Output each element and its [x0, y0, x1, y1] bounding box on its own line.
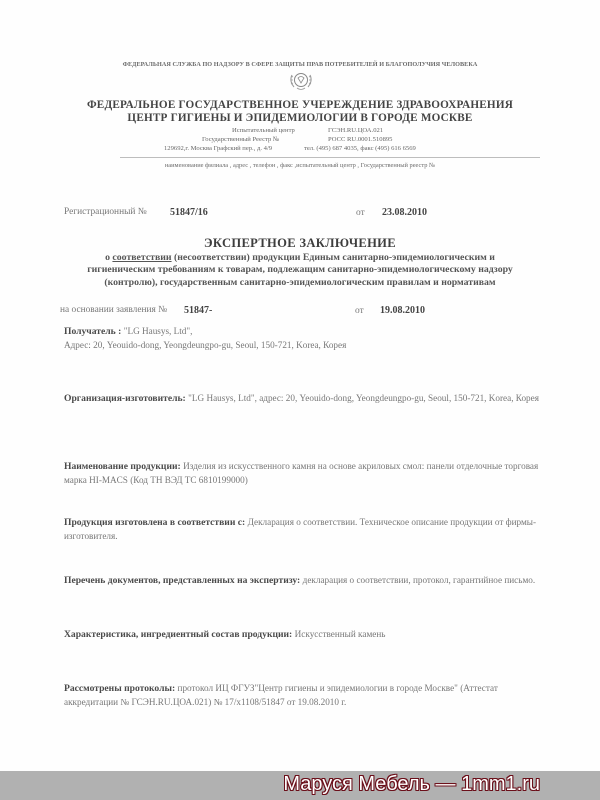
subtitle-underlined: соответствии	[112, 252, 171, 263]
product-name-label: Наименование продукции:	[64, 461, 183, 472]
institution-contacts: тел. (495) 687 4035, факс (495) 616 6569	[304, 145, 416, 152]
agency-header: ФЕДЕРАЛЬНАЯ СЛУЖБА ПО НАДЗОРУ В СФЕРЕ ЗА…	[0, 61, 600, 68]
registration-label: Регистрационный №	[64, 207, 147, 217]
document-subtitle: о соответствии (несоответствии) продукци…	[70, 252, 530, 289]
institution-name-line1: ФЕДЕРАЛЬНОЕ ГОСУДАРСТВЕННОЕ УЧЕРЕЖДЕНИЕ …	[0, 99, 600, 111]
application-date-label: от	[355, 306, 364, 316]
section-manufacturer: Организация-изготовитель: "LG Hausys, Lt…	[64, 392, 544, 406]
section-recipient: Получатель : "LG Hausys, Ltd", Адрес: 20…	[64, 325, 544, 351]
watermark-text: Маруся Мебель — 1mm1.ru	[283, 773, 540, 796]
registration-date: 23.08.2010	[382, 207, 427, 218]
document-page: ФЕДЕРАЛЬНАЯ СЛУЖБА ПО НАДЗОРУ В СФЕРЕ ЗА…	[0, 0, 600, 771]
documents-label: Перечень документов, представленных на э…	[64, 575, 303, 586]
recipient-label: Получатель :	[64, 326, 124, 337]
protocols-label: Рассмотрены протоколы:	[64, 683, 178, 694]
section-documents: Перечень документов, представленных на э…	[64, 574, 544, 588]
watermark-banner: Маруся Мебель — 1mm1.ru	[0, 771, 600, 800]
testing-center-value: ГСЭН.RU.ЦОА.021	[328, 127, 383, 134]
section-composition: Характеристика, ингредиентный состав про…	[64, 628, 544, 642]
section-compliance: Продукция изготовлена в соответствии с: …	[64, 516, 544, 542]
coat-of-arms-emblem-icon	[288, 69, 314, 93]
recipient-value: "LG Hausys, Ltd",	[124, 326, 193, 336]
header-divider	[120, 157, 540, 158]
state-register-value: РОСС RU.0001.510895	[328, 136, 392, 143]
composition-label: Характеристика, ингредиентный состав про…	[64, 629, 295, 640]
registration-number: 51847/16	[170, 207, 208, 218]
composition-value: Искусственный камень	[295, 629, 386, 639]
application-date: 19.08.2010	[380, 305, 425, 316]
recipient-address: Адрес: 20, Yeouido-dong, Yeongdeungpo-gu…	[64, 340, 346, 350]
application-label: на основании заявления №	[60, 305, 167, 315]
manufacturer-value: "LG Hausys, Ltd", адрес: 20, Yeouido-don…	[188, 393, 539, 403]
manufacturer-label: Организация-изготовитель:	[64, 393, 188, 404]
divider-caption: наименование филиала , адрес , телефон ,…	[0, 162, 600, 169]
institution-name-line2: ЦЕНТР ГИГИЕНЫ И ЭПИДЕМИОЛОГИИ В ГОРОДЕ М…	[0, 112, 600, 124]
section-product-name: Наименование продукции: Изделия из искус…	[64, 460, 544, 486]
section-protocols: Рассмотрены протоколы: протокол ИЦ ФГУЗ"…	[64, 682, 544, 708]
state-register-label: Государственный Реестр №	[202, 136, 279, 143]
registration-date-label: от	[356, 208, 365, 218]
institution-address: 129692,г. Москва Графский пер., д. 4/9	[164, 145, 272, 152]
testing-center-label: Испытательный центр	[232, 127, 295, 134]
compliance-label: Продукция изготовлена в соответствии с:	[64, 517, 248, 528]
documents-value: декларация о соответствии, протокол, гар…	[303, 575, 536, 585]
document-title: ЭКСПЕРТНОЕ ЗАКЛЮЧЕНИЕ	[0, 236, 600, 251]
application-number: 51847-	[184, 305, 212, 316]
